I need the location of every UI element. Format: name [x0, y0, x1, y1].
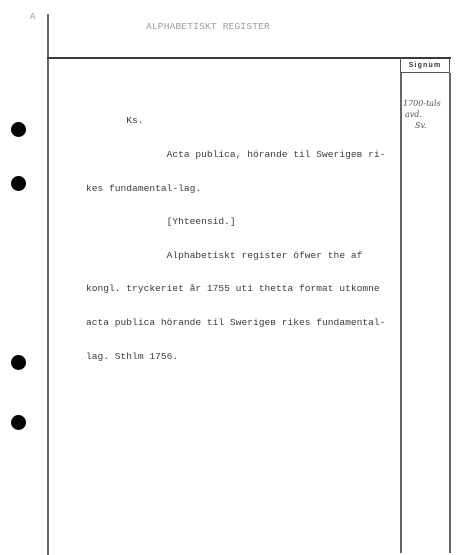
catalog-entry: Ks. Acta publica, hörande til Swerigeв r… [86, 93, 398, 373]
punch-hole-1 [11, 122, 26, 137]
entry-line: [Yhteensid.] [86, 216, 398, 227]
entry-line: Alphabetiskt register öfwer the af [86, 250, 398, 261]
register-title: ALPHABETISKT REGISTER [146, 21, 270, 32]
signum-line: Sv. [403, 120, 449, 131]
entry-line: lag. Sthlm 1756. [86, 351, 398, 362]
handwritten-signum: 1700-tals avd. Sv. [403, 98, 449, 131]
signum-line: 1700-tals [403, 98, 449, 109]
punch-hole-2 [11, 176, 26, 191]
corner-mark: A [30, 12, 35, 22]
header-rule [47, 57, 451, 59]
entry-line: acta publica hörande til Swerigeв rikes … [86, 317, 398, 328]
signum-header: Signum [400, 58, 450, 73]
punch-hole-4 [11, 415, 26, 430]
entry-line: kongl. tryckeriet år 1755 uti thetta for… [86, 283, 398, 294]
entry-line: Ks. [86, 115, 398, 126]
signum-column-right-rule [449, 73, 451, 553]
punch-hole-3 [11, 355, 26, 370]
signum-column-left-rule [400, 73, 402, 553]
signum-line: avd. [403, 109, 449, 120]
entry-line: Acta publica, hörande til Swerigeв ri- [86, 149, 398, 160]
left-margin-rule [47, 14, 49, 555]
entry-line: kes fundamental-lag. [86, 183, 398, 194]
